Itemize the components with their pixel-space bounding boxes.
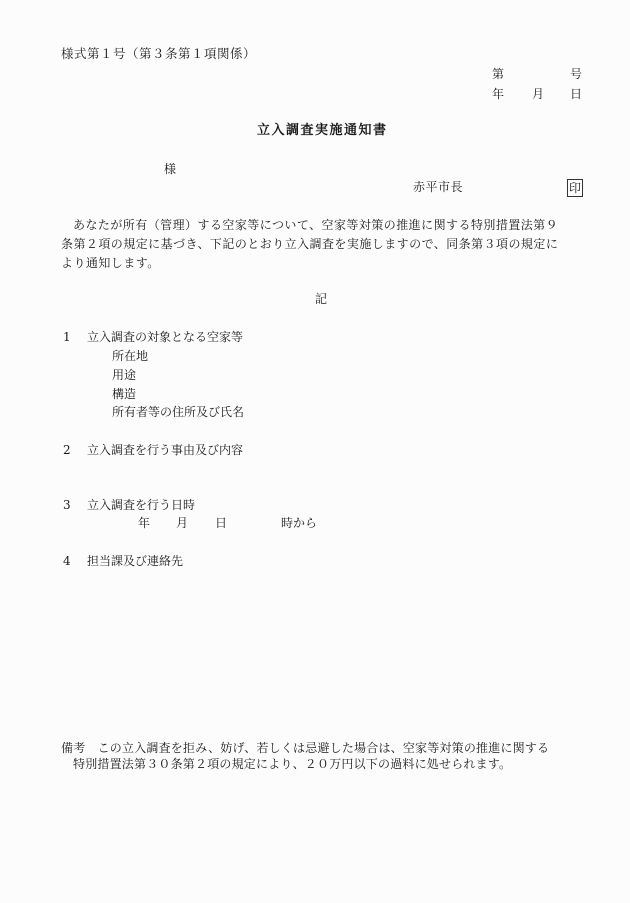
item-number: 1 <box>63 331 71 343</box>
item-number: 4 <box>63 555 71 567</box>
inspection-year-label: 年 <box>138 517 150 529</box>
item-number: 2 <box>63 444 71 456</box>
item-label: 立入調査を行う日時 <box>87 499 195 511</box>
sub-item-location: 所在地 <box>112 350 148 362</box>
item-label: 立入調査の対象となる空家等 <box>87 331 243 343</box>
item-label: 担当課及び連絡先 <box>87 555 183 567</box>
item-number: 3 <box>63 499 71 511</box>
seal-mark: 印 <box>567 179 583 197</box>
date-day-label: 日 <box>570 88 582 100</box>
remarks-line: 備考 この立入調査を拒み、妨げ、若しくは忌避した場合は、空家等対策の推進に関する <box>61 740 591 756</box>
sub-item-structure: 構造 <box>112 388 136 400</box>
inspection-day-label: 日 <box>215 517 227 529</box>
item-label: 立入調査を行う事由及び内容 <box>87 444 243 456</box>
form-number: 様式第１号（第３条第１項関係） <box>61 48 256 61</box>
issuer-name: 赤平市長 <box>413 181 463 193</box>
document-title: 立入調査実施通知書 <box>257 124 388 137</box>
inspection-month-label: 月 <box>176 517 188 529</box>
date-year-label: 年 <box>492 88 504 100</box>
document-number-prefix: 第 <box>492 68 504 80</box>
notice-body: あなたが所有（管理）する空家等について、空家等対策の推進に関する特別措置法第９ … <box>61 216 589 273</box>
notice-body-line: 条第２項の規定に基づき、下記のとおり立入調査を実施しますので、同条第３項の規定に <box>61 235 589 254</box>
notice-body-line: あなたが所有（管理）する空家等について、空家等対策の推進に関する特別措置法第９ <box>61 216 589 235</box>
remarks-note: 備考 この立入調査を拒み、妨げ、若しくは忌避した場合は、空家等対策の推進に関する… <box>61 740 591 772</box>
inspection-time-label: 時から <box>281 517 317 529</box>
date-month-label: 月 <box>532 88 544 100</box>
ki-heading: 記 <box>315 293 327 305</box>
addressee-honorific: 様 <box>164 163 176 175</box>
sub-item-owner: 所有者等の住所及び氏名 <box>112 406 244 418</box>
remarks-line: 特別措置法第３０条第２項の規定により、２０万円以下の過料に処せられます。 <box>61 756 591 772</box>
document-number-suffix: 号 <box>570 68 582 80</box>
notice-body-line: より通知します。 <box>61 254 589 273</box>
sub-item-usage: 用途 <box>112 369 136 381</box>
